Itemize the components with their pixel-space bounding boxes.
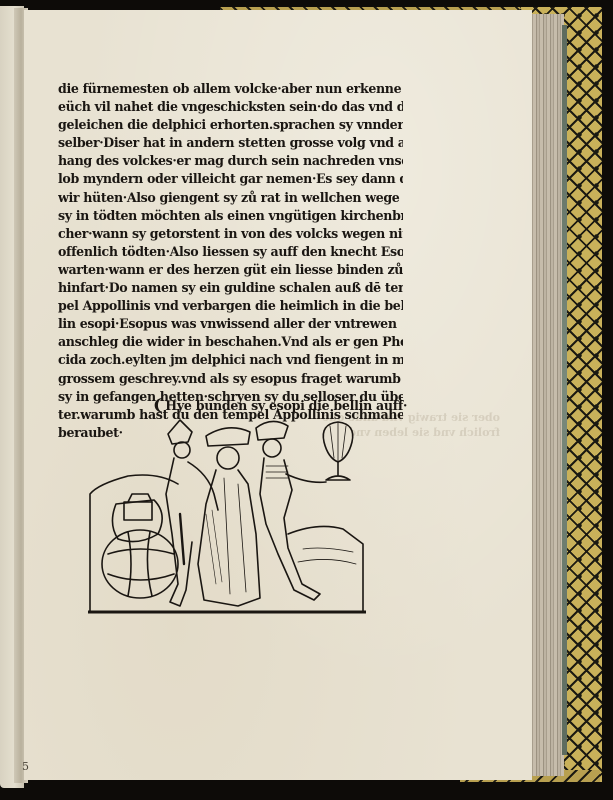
woodcut-illustration [88,414,366,616]
fore-edge-marbling [562,25,567,755]
book-photo: 5 ober sie trawig vnd ande ouc frolich v… [0,0,613,800]
text-line: wir hüten·Also giengent sy zů rat in wel… [58,189,403,207]
text-line: pel Appollinis vnd verbargen die heimlic… [58,297,403,315]
text-line: offenlich tödten·Also liessen sy auff de… [58,243,403,261]
text-line: lin esopi·Esopus was vnwissend aller der… [58,315,403,333]
text-line: geleichen die delphici erhorten.sprachen… [58,116,403,134]
pilcrow-icon: ❨ [152,396,164,414]
text-line: grossem geschrey.vnd als sy esopus frage… [58,370,403,388]
text-line: lob myndern oder villeicht gar nemen·Es … [58,170,403,188]
text-line: anschleg die wider in beschahen.Vnd als … [58,333,403,351]
caption-text: Hye bunden sy esopi die bellin auff· [165,398,407,413]
text-line: cher·wann sy getorstent in von des volck… [58,225,403,243]
text-line: warten·wann er des herzen güt ein liesse… [58,261,403,279]
text-line: cida zoch.eylten jm delphici nach vnd fi… [58,351,403,369]
page-fore-edge [530,14,564,776]
woodcut-caption: ❨Hye bunden sy esopi die bellin auff· [152,396,407,414]
text-line: sy in tödten möchten als einen vngütigen… [58,207,403,225]
page-number-fragment: 5 [22,760,29,773]
body-text: die fürnemesten ob allem volcke·aber nun… [58,80,403,442]
text-line: hang des volckes·er mag durch sein nachr… [58,152,403,170]
text-line: hinfart·Do namen sy ein guldine schalen … [58,279,403,297]
text-line: eüch vil nahet die vngeschicksten sein·d… [58,98,403,116]
text-line: selber·Diser hat in andern stetten gross… [58,134,403,152]
text-line: die fürnemesten ob allem volcke·aber nun… [58,80,403,98]
